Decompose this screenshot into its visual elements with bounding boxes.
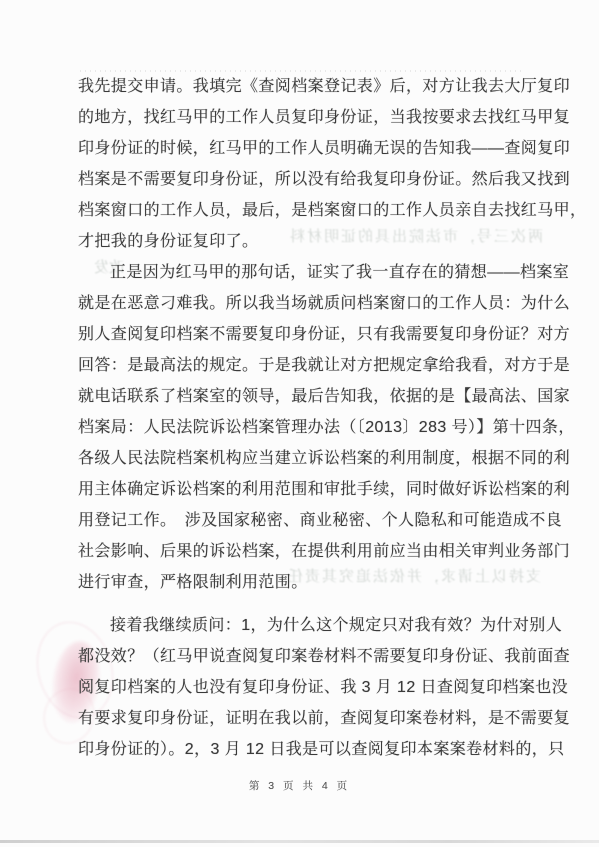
text-line: 档案窗口的工作人员，最后，是档案窗口的工作人员亲自去找红马甲，: [78, 195, 545, 226]
text-line: 就是在恶意刁难我。所以我当场就质问档案窗口的工作人员：为什么: [78, 288, 545, 319]
paragraph: 我先提交申请。我填完《查阅档案登记表》后，对方让我去大厅复印 的地方，找红马甲的…: [78, 71, 545, 257]
text-line: 就电话联系了档案室的领导，最后告知我，依据的是【最高法、国家: [78, 381, 545, 412]
text-line: 印身份证的）。2，3 月 12 日我是可以查阅复印本案案卷材料的，只: [78, 734, 545, 765]
text-line: 有要求复印身份证，证明在我以前，查阅复印案卷材料，是不需要复: [78, 703, 545, 734]
text-line: 接着我继续质问：1，为什么这个规定只对我有效？为什对别人: [78, 610, 545, 641]
text-line: 都没效？（红马甲说查阅复印案卷材料不需要复印身份证、我前面查: [78, 641, 545, 672]
text-line: 社会影响、后果的诉讼档案，在提供利用前应当由相关审判业务部门: [78, 536, 545, 567]
text-line: 别人查阅复印档案不需要复印身份证，只有我需要复印身份证？对方: [78, 319, 545, 350]
page-number-footer: 第 3 页 共 4 页: [0, 778, 599, 793]
text-line: 正是因为红马甲的那句话，证实了我一直存在的猜想——档案室: [78, 257, 545, 288]
text-line: 的地方，找红马甲的工作人员复印身份证，当我按要求去找红马甲复: [78, 102, 545, 133]
text-line: 用主体确定诉讼档案的利用范围和审批手续，同时做好诉讼档案的利: [78, 474, 545, 505]
scanned-document-page: 两次三号，市法院出具的证明材料 改发 支持以上请求，并依法追究其责任 我先提交申…: [0, 0, 599, 847]
text-line: 档案是不需要复印身份证，所以没有给我复印身份证。然后我又找到: [78, 164, 545, 195]
text-line: 档案局：人民法院诉讼档案管理办法（〔2013〕283 号）】第十四条，: [78, 412, 545, 443]
text-line: 印身份证的时候，红马甲的工作人员明确无误的告知我——查阅复印: [78, 133, 545, 164]
text-line: 各级人民法院档案机构应当建立诉讼档案的利用制度，根据不同的利: [78, 443, 545, 474]
text-line: 用登记工作。 涉及国家秘密、商业秘密、个人隐私和可能造成不良: [78, 505, 545, 536]
paragraph: 接着我继续质问：1，为什么这个规定只对我有效？为什对别人 都没效？（红马甲说查阅…: [78, 610, 545, 765]
text-line: 回答：是最高法的规定。于是我就让对方把规定拿给我看，对方于是: [78, 350, 545, 381]
document-body: 我先提交申请。我填完《查阅档案登记表》后，对方让我去大厅复印 的地方，找红马甲的…: [78, 71, 545, 765]
text-line: 我先提交申请。我填完《查阅档案登记表》后，对方让我去大厅复印: [78, 71, 545, 102]
scan-edge-shadow: [0, 840, 599, 843]
paragraph: 正是因为红马甲的那句话，证实了我一直存在的猜想——档案室 就是在恶意刁难我。所以…: [78, 257, 545, 598]
text-line: 才把我的身份证复印了。: [78, 226, 545, 257]
text-line: 进行审查，严格限制利用范围。: [78, 567, 545, 598]
text-line: 阅复印档案的人也没有复印身份证、我 3 月 12 日查阅复印档案也没: [78, 672, 545, 703]
